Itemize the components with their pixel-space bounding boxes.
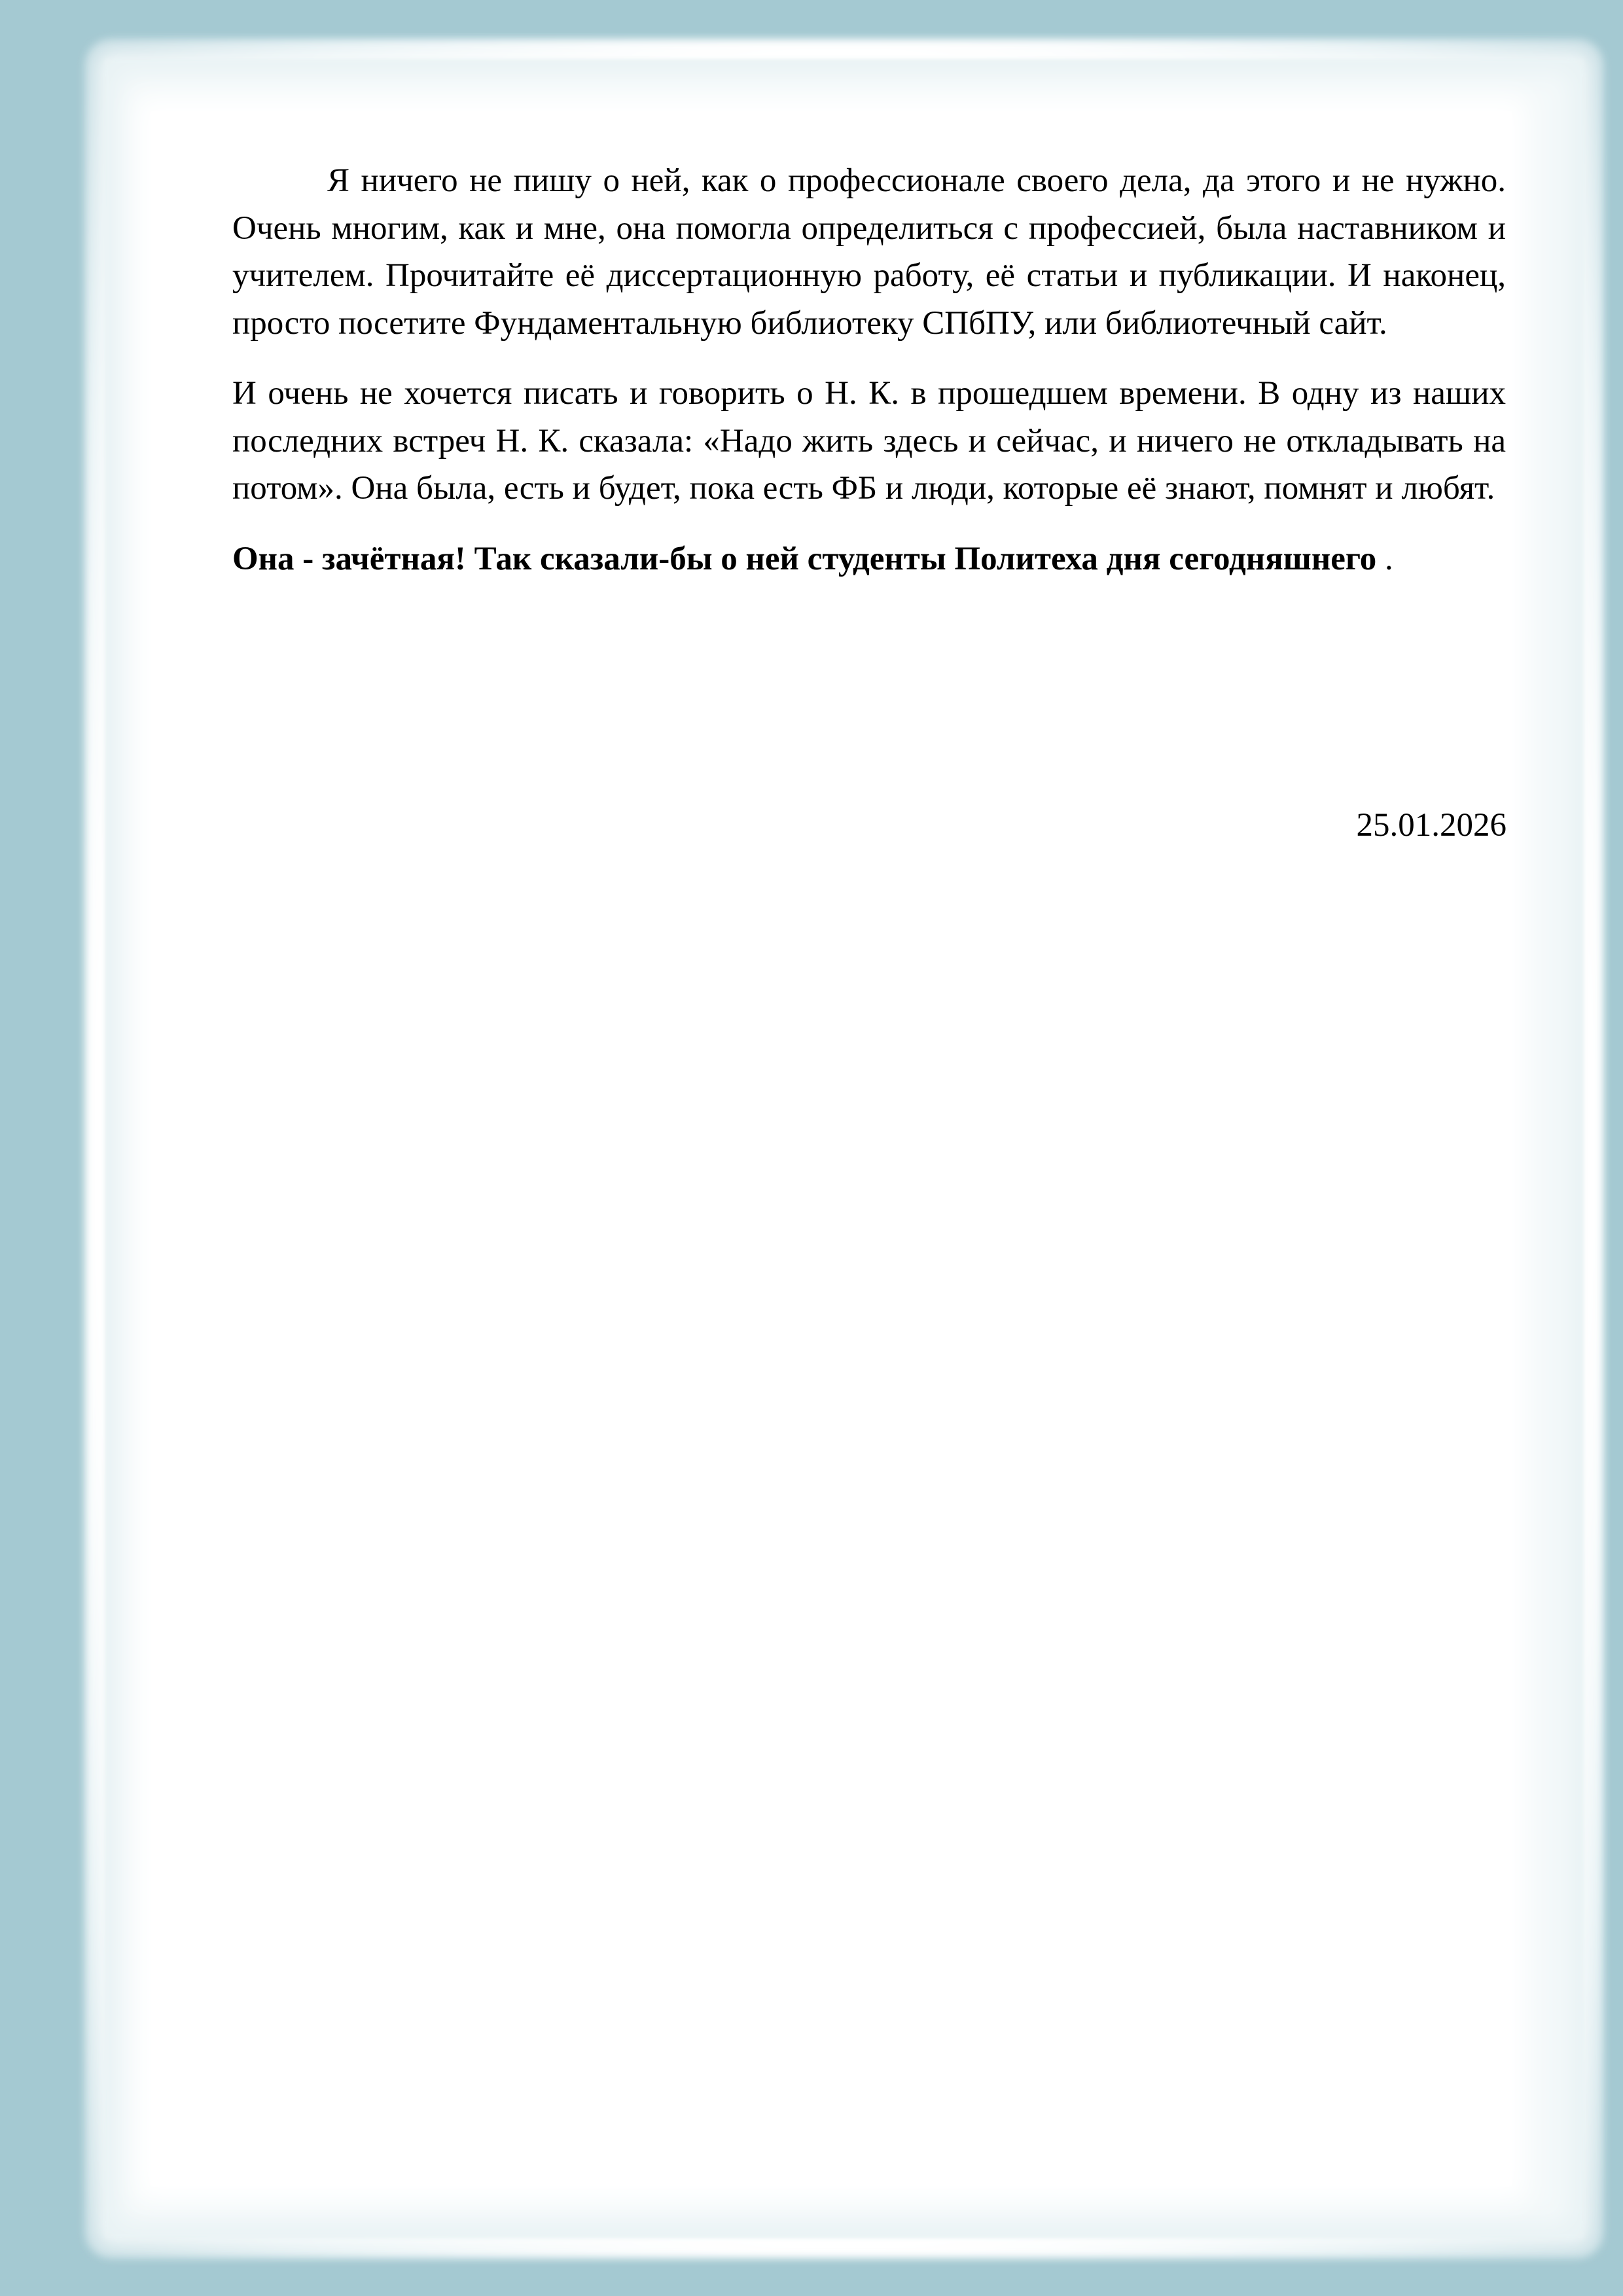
paragraph-2: И очень не хочется писать и говорить о Н… xyxy=(232,370,1506,512)
document-date: 25.01.2026 xyxy=(1357,806,1507,844)
closing-line: Она - зачётная! Так сказали-бы о ней сту… xyxy=(232,535,1506,583)
paragraph-1: Я ничего не пишу о ней, как о профессион… xyxy=(232,157,1506,347)
document-body: Я ничего не пишу о ней, как о профессион… xyxy=(232,157,1506,605)
closing-punctuation: . xyxy=(1385,541,1393,577)
closing-bold-text: Она - зачётная! Так сказали-бы о ней сту… xyxy=(232,541,1376,577)
